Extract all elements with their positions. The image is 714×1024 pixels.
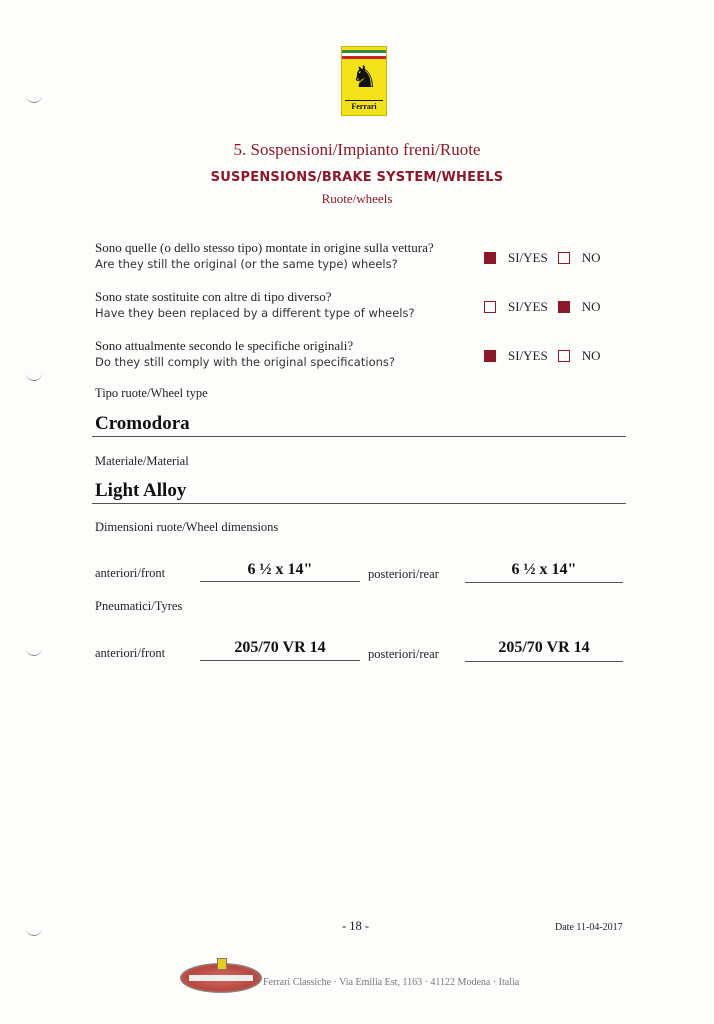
ferrari-logo: ♞ Ferrari xyxy=(341,46,387,116)
no-label: NO xyxy=(582,299,601,315)
wheel-type-value[interactable]: Cromodora xyxy=(95,413,190,435)
subsection-title: Ruote/wheels xyxy=(0,191,714,207)
wheel-type-underline xyxy=(92,436,626,437)
wheel-type-label: Tipo ruote/Wheel type xyxy=(95,386,208,401)
dimensions-rear-underline xyxy=(465,582,623,583)
checkbox-no[interactable] xyxy=(558,301,570,313)
question-text-en: Have they been replaced by a different t… xyxy=(95,305,415,322)
checkbox-yes[interactable] xyxy=(484,252,496,264)
tyres-rear-value[interactable]: 205/70 VR 14 xyxy=(465,639,623,657)
binder-hole-mark xyxy=(26,925,42,936)
page-number: - 18 - xyxy=(342,919,369,934)
binder-hole-mark xyxy=(26,370,42,381)
dimensions-front-underline xyxy=(200,581,360,582)
tyres-rear-underline xyxy=(465,661,623,662)
document-date: Date 11-04-2017 xyxy=(555,922,623,933)
dimensions-rear-label: posteriori/rear xyxy=(368,567,439,582)
tyres-front-label: anteriori/front xyxy=(95,646,165,661)
material-label: Materiale/Material xyxy=(95,454,189,469)
checkbox-yes[interactable] xyxy=(484,301,496,313)
yes-label: SI/YES xyxy=(508,250,548,266)
question-text-it: Sono state sostituite con altre di tipo … xyxy=(95,288,415,305)
dimensions-rear-value[interactable]: 6 ½ x 14" xyxy=(465,561,623,579)
checkbox-yes[interactable] xyxy=(484,350,496,362)
tyres-label: Pneumatici/Tyres xyxy=(95,599,182,614)
prancing-horse-icon: ♞ xyxy=(351,63,378,93)
tyres-rear-label: posteriori/rear xyxy=(368,647,439,662)
question-text-en: Are they still the original (or the same… xyxy=(95,256,434,273)
tyres-front-underline xyxy=(200,660,360,661)
shield-icon xyxy=(217,958,227,970)
section-title-italian: 5. Sospensioni/Impianto freni/Ruote xyxy=(0,140,714,160)
answer-group-original-wheels: SI/YES NO xyxy=(484,250,601,266)
question-text-it: Sono attualmente secondo le specifiche o… xyxy=(95,337,395,354)
tyres-front-value[interactable]: 205/70 VR 14 xyxy=(200,639,360,657)
material-value[interactable]: Light Alloy xyxy=(95,480,186,502)
question-original-specs: Sono attualmente secondo le specifiche o… xyxy=(95,337,395,371)
footer-address: Ferrari Classiche · Via Emilia Est, 1163… xyxy=(263,977,519,988)
dimensions-front-value[interactable]: 6 ½ x 14" xyxy=(200,561,360,579)
ferrari-classiche-badge xyxy=(180,963,262,993)
binder-hole-mark xyxy=(26,645,42,656)
no-label: NO xyxy=(582,348,601,364)
logo-brand-text: Ferrari xyxy=(345,100,383,111)
section-title-english: SUSPENSIONS/BRAKE SYSTEM/WHEELS xyxy=(0,170,714,185)
binder-hole-mark xyxy=(26,92,42,103)
dimensions-front-label: anteriori/front xyxy=(95,566,165,581)
checkbox-no[interactable] xyxy=(558,252,570,264)
question-replaced-wheels: Sono state sostituite con altre di tipo … xyxy=(95,288,415,322)
question-text-it: Sono quelle (o dello stesso tipo) montat… xyxy=(95,239,434,256)
yes-label: SI/YES xyxy=(508,299,548,315)
question-text-en: Do they still comply with the original s… xyxy=(95,354,395,371)
question-original-wheels: Sono quelle (o dello stesso tipo) montat… xyxy=(95,239,434,273)
answer-group-replaced-wheels: SI/YES NO xyxy=(484,299,601,315)
answer-group-original-specs: SI/YES NO xyxy=(484,348,601,364)
checkbox-no[interactable] xyxy=(558,350,570,362)
no-label: NO xyxy=(582,250,601,266)
material-underline xyxy=(92,503,626,504)
dimensions-label: Dimensioni ruote/Wheel dimensions xyxy=(95,520,278,535)
yes-label: SI/YES xyxy=(508,348,548,364)
